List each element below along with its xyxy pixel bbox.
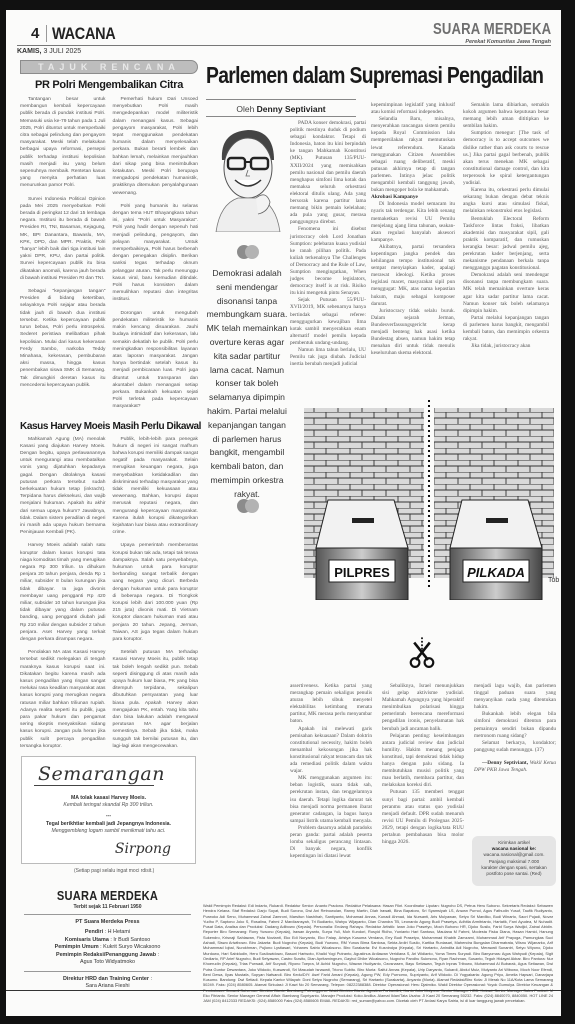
bottom-rule (6, 990, 561, 991)
paragraph: menjadi lagu wajib, dan parlemen tinggal… (474, 683, 556, 711)
paragraph: Dorongan untuk mengubah pendekatan milit… (113, 310, 199, 411)
editorial-body: Tantangan besar untuk membangun kembali … (20, 96, 198, 417)
editorial-body-2: Mahkamah Agung (MA) menolak Kasasi yang … (20, 436, 198, 757)
imprint-row: Direktur HRD dan Training Center : (20, 976, 195, 984)
paragraph: Pemerhati hukum Dari Unsoed menyebutkan … (113, 96, 199, 197)
editorial-staff-credits: Wakil Pemimpin Redaksi: Edi Indarto, Ruk… (203, 903, 553, 1004)
semarangan-comment-1: Kembali teringat skandal Rp 300 triliun. (63, 802, 153, 808)
imprint-row: Pemimpin Umum : Kukrit Suryo Wicaksono (20, 944, 195, 952)
editorial-headline-2: Kasus Harvey Moeis Masih Perlu Dikawal (20, 421, 198, 432)
editorial-col-3: Mahkamah Agung (MA) menolak Kasasi yang … (20, 436, 106, 757)
paragraph: Di Indonesia model semacam itu nyaris ta… (371, 201, 455, 244)
paragraph: assertiveness. Ketika partai yang merang… (290, 683, 372, 726)
imprint-brand: SUARA MERDEKA (33, 888, 182, 903)
byline-rule-top (206, 99, 356, 100)
paragraph: Apakah ini melewati garis pemisahan keku… (290, 726, 372, 776)
semarangan-underline (34, 785, 154, 786)
quote-open-icon (236, 244, 260, 260)
paragraph: Akibatnya, partai tersandera kepentingan… (371, 244, 455, 308)
svg-text:PILKADA: PILKADA (467, 565, 525, 580)
editorial-column: TAJUK RENCANA PR Polri Mengembalikan Cit… (20, 60, 198, 756)
paragraph: Survei Indonesia Political Opinion pada … (20, 196, 106, 282)
byline-prefix: Oleh (236, 104, 256, 114)
imprint-label: Pendiri (85, 929, 103, 935)
ballot-box-cartoon: PILPRES PILKADA Tob (296, 400, 561, 600)
paragraph: Bentuklah Electoral Reform Taskforce lin… (463, 216, 549, 273)
imprint-row: Komisaris Utama : Ir Budi Santoso (20, 937, 195, 945)
notice-line: wacana nasional ke: (492, 846, 536, 851)
divider (24, 971, 191, 972)
paragraph: Polri yang humanis itu selaras dengan te… (113, 203, 199, 304)
paragraph: Problem dasarnya adalah paradoks peran g… (290, 825, 372, 860)
editorial-col-4: Publik, lebih-lebih para penegak hukum d… (113, 436, 199, 757)
section-title: WACANA (52, 24, 115, 44)
editorial-col-2: Pemerhati hukum Dari Unsoed menyebutkan … (113, 96, 199, 417)
svg-text:PILPRES: PILPRES (334, 565, 390, 580)
top-rule (6, 8, 561, 10)
paragraph: Partai melalui kepanjangan tangan di par… (463, 315, 549, 343)
imprint-label: Komisaris Utama (65, 937, 109, 943)
article-col-4: assertiveness. Ketika partai yang merang… (290, 683, 372, 860)
paragraph: Sebagai "kepanjangan tangan" Presiden di… (20, 288, 106, 389)
paragraph: Putusan 135 memberi tenggat sunyi bagi p… (382, 789, 464, 846)
semarangan-item-1: MA tolak kasasi Harvey Moeis. (71, 795, 146, 801)
brand-logo: SUARA MERDEKA (433, 21, 551, 39)
svg-text:Tob: Tob (548, 577, 559, 584)
author-signoff: —Denny Septiviant, Wakil Ketua DPW PKB J… (474, 760, 556, 774)
article-col-3: Semakin lama dibiarkan, semakin kokoh ar… (463, 102, 549, 350)
publisher-imprint: SUARA MERDEKA Terbit sejak 11 Februari 1… (20, 888, 195, 991)
paragraph: Demokrasi adalah seni mendengar disonans… (463, 272, 549, 315)
imprint-value: H Hetami (108, 929, 130, 935)
semarangan-box: Semarangan MA tolak kasasi Harvey Moeis.… (21, 756, 196, 864)
newspaper-page: 4 WACANA SUARA MERDEKA Perekat Komunitas… (6, 8, 561, 1016)
paragraph: Sejak Putusan 55/PUU-XVII/2019, MK seben… (290, 297, 366, 347)
tajuk-rencana-label: TAJUK RENCANA (20, 60, 198, 74)
date-text: 3 JULI 2025 (42, 48, 82, 55)
paragraph: MK menggunakan argumen itu: beban logist… (290, 775, 372, 825)
paragraph: Sebaliknya, Israel menunjukkan sisi gela… (382, 683, 464, 733)
byline: Oleh Denny Septiviant (206, 104, 356, 114)
article-col-5: Sebaliknya, Israel menunjukkan sisi gela… (382, 683, 464, 846)
paragraph: Harvey Moeis adalah salah satu koruptor … (20, 542, 106, 643)
date-day: KAMIS, (17, 48, 42, 55)
paragraph: Sumption menegur: [The task of democracy… (463, 130, 549, 187)
paragraph: Namun lima tahun berlalu, UU Pemilu tak … (290, 347, 366, 368)
article-col-1: PADA konser demokrasi, partai politik me… (290, 120, 366, 368)
submission-notice: Kirimkan artikel wacana nasional ke: wac… (472, 836, 556, 886)
semarangan-separator: --- (22, 813, 195, 820)
imprint-company: PT Suara Merdeka Press (20, 919, 195, 925)
article-col-6: menjadi lagu wajib, dan parlemen tinggal… (474, 683, 556, 774)
paragraph: Selamat berkarya, kondaktor; panggung su… (474, 740, 556, 754)
paragraph: Mahkamah Agung (MA) menolak Kasasi yang … (20, 436, 106, 537)
paragraph: Upaya pemerintah memberantas korupsi buk… (113, 542, 199, 643)
semarangan-item-2: Tegal berikhtiar kembali jadi Jepangnya … (46, 821, 171, 827)
semarangan-comment-2: Menggembleng logam sambil menikmati tahu… (52, 828, 166, 834)
paragraph: kepemimpinan legislatif yang inklusif at… (371, 102, 455, 116)
paragraph: Setelah putusan MA terhadap Kasasi Harve… (113, 649, 199, 750)
paragraph: Bukankah lebih elegan bila simfoni demok… (474, 711, 556, 739)
divider (24, 914, 191, 915)
paragraph: Penolakan MA atas Kasasi Harvey tersebut… (20, 649, 106, 750)
page-number: 4 (31, 25, 39, 42)
imprint-label: Direktur HRD dan Training Center (63, 976, 149, 982)
editorial-headline: PR Polri Mengembalikan Citra (20, 79, 198, 91)
subheading: Akrobasi Kampanye (371, 194, 455, 201)
semarangan-signature: Sirpong (115, 841, 171, 857)
byline-rule-bottom (206, 116, 356, 117)
paragraph: Publik, lebih-lebih para penegak hukum d… (113, 436, 199, 537)
author-name: Denny Septiviant (257, 104, 326, 114)
paragraph: Juristocracy tidak selalu buruk. Dalam s… (371, 308, 455, 358)
semarangan-title: Semarangan (38, 763, 165, 785)
imprint-row: Pendiri : H Hetami (20, 929, 195, 937)
paragraph: Jika tidak, juristocracy akan (463, 343, 549, 350)
article-col-2: kepemimpinan legislatif yang inklusif at… (371, 102, 455, 357)
paragraph: Semakin lama dibiarkan, semakin kokoh ar… (463, 102, 549, 130)
notice-line: postfoto pose santai. (Red) (472, 871, 556, 877)
imprint-value: Ir Budi Santoso (113, 937, 150, 943)
semarangan-footnote: (Setiap pagi selalu ingat moci rdisit.) (74, 868, 154, 874)
paragraph: Pelajaran penting: keseimbangan antara j… (382, 733, 464, 790)
quote-close-icon (236, 498, 260, 514)
scissors-icon (409, 636, 435, 670)
imprint-row: Pemimpin Redaksi/Penanggung Jawab : (20, 952, 195, 960)
imprint-label: Pemimpin Umum (55, 944, 99, 950)
article-headline: Parlemen dalam Supremasi Pengadilan (206, 62, 504, 89)
imprint-label: Pemimpin Redaksi/Penanggung Jawab (56, 952, 156, 958)
semarangan-body: MA tolak kasasi Harvey Moeis. Kembali te… (22, 795, 195, 835)
paragraph: Fenomena ini disebut juristocracy oleh L… (290, 226, 366, 297)
paragraph: PADA konser demokrasi, partai politik me… (290, 120, 366, 226)
signoff-name: —Denny Septiviant, (482, 760, 528, 766)
editorial-col-1: Tantangan besar untuk membangun kembali … (20, 96, 106, 417)
paragraph: Selandia Baru, misalnya, menyerahkan ran… (371, 116, 455, 194)
imprint-since: Terbit sejak 11 Februari 1950 (20, 904, 195, 910)
author-portrait-sketch (208, 120, 288, 232)
imprint-value: Kukrit Suryo Wicaksono (103, 944, 160, 950)
brand-tagline: Perekat Komunitas Jawa Tengah (465, 39, 551, 45)
header-divider (46, 25, 47, 42)
paragraph: Karena itu, orkestrasi perlu dimulai sek… (463, 187, 549, 215)
pull-quote: Demokrasi adalah seni mendengar disonans… (206, 267, 288, 502)
paragraph: Tantangan besar untuk membangun kembali … (20, 96, 106, 190)
submission-email-link[interactable]: wacana.nasional@gmail.com. (472, 852, 556, 858)
imprint-value: Agus Toto Widyatmoko (20, 959, 195, 967)
issue-date: KAMIS, 3 JULI 2025 (17, 48, 81, 55)
